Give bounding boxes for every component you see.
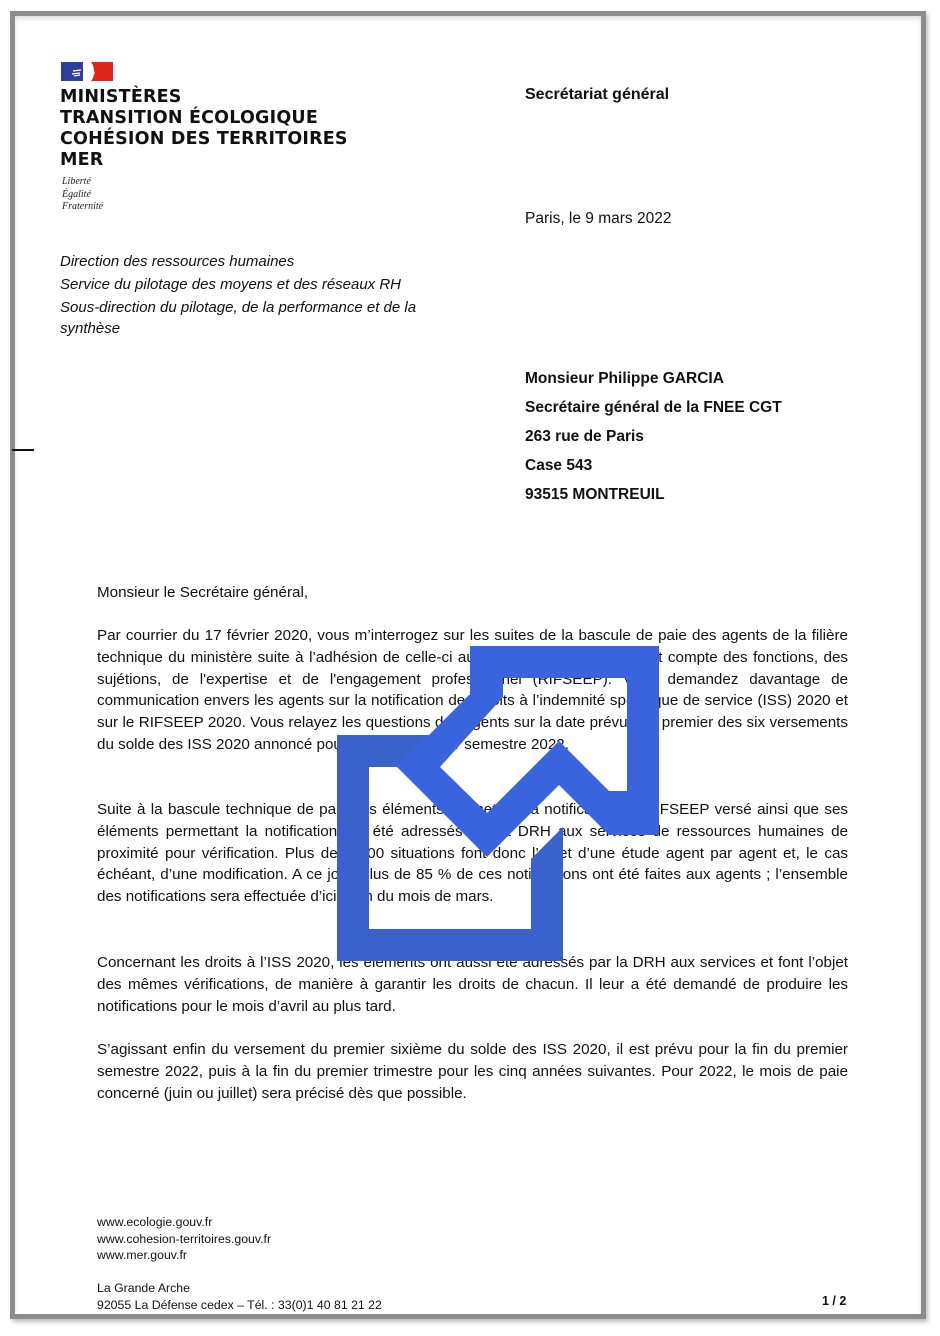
service-line: Direction des ressources humaines xyxy=(60,251,480,272)
sender-department: Secrétariat général xyxy=(525,86,669,104)
address-line: 92055 La Défense cedex – Tél. : 33(0)1 4… xyxy=(97,1297,382,1314)
motto-line: Fraternité xyxy=(62,201,103,214)
letter-date: Paris, le 9 mars 2022 xyxy=(525,210,671,228)
republic-motto: Liberté Égalité Fraternité xyxy=(62,176,103,214)
service-block: Direction des ressources humaines Servic… xyxy=(60,251,480,341)
salutation: Monsieur le Secrétaire général, xyxy=(97,582,848,604)
motto-line: Liberté xyxy=(62,176,103,189)
ministry-line: COHÉSION DES TERRITOIRES xyxy=(60,129,348,150)
motto-line: Égalité xyxy=(62,189,103,202)
page-number: 1 / 2 xyxy=(822,1294,846,1308)
website-link[interactable]: www.mer.gouv.fr xyxy=(97,1247,271,1264)
footer-websites: www.ecologie.gouv.fr www.cohesion-territ… xyxy=(97,1214,271,1264)
letter-paragraph: S’agissant enfin du versement du premier… xyxy=(97,1039,848,1104)
website-link[interactable]: www.cohesion-territoires.gouv.fr xyxy=(97,1231,271,1248)
recipient-line: Case 543 xyxy=(525,451,782,480)
address-line: La Grande Arche xyxy=(97,1280,382,1297)
recipient-line: 93515 MONTREUIL xyxy=(525,480,782,509)
ministry-line: TRANSITION ÉCOLOGIQUE xyxy=(60,108,348,129)
recipient-line: Secrétaire général de la FNEE CGT xyxy=(525,393,782,422)
ministry-line: MINISTÈRES xyxy=(60,87,348,108)
website-link[interactable]: www.ecologie.gouv.fr xyxy=(97,1214,271,1231)
footer-address: La Grande Arche 92055 La Défense cedex –… xyxy=(97,1280,382,1314)
external-link-icon[interactable] xyxy=(337,639,659,961)
service-line: Service du pilotage des moyens et des ré… xyxy=(60,274,480,295)
recipient-line: Monsieur Philippe GARCIA xyxy=(525,364,782,393)
letter-paragraph: Concernant les droits à l’ISS 2020, les … xyxy=(97,952,848,1017)
fold-mark xyxy=(12,449,34,451)
marianne-flag-logo xyxy=(61,62,113,81)
ministry-line: MER xyxy=(60,150,348,171)
recipient-address: Monsieur Philippe GARCIA Secrétaire géné… xyxy=(525,364,782,509)
ministry-name: MINISTÈRES TRANSITION ÉCOLOGIQUE COHÉSIO… xyxy=(60,87,348,171)
recipient-line: 263 rue de Paris xyxy=(525,422,782,451)
service-line: Sous-direction du pilotage, de la perfor… xyxy=(60,297,480,339)
